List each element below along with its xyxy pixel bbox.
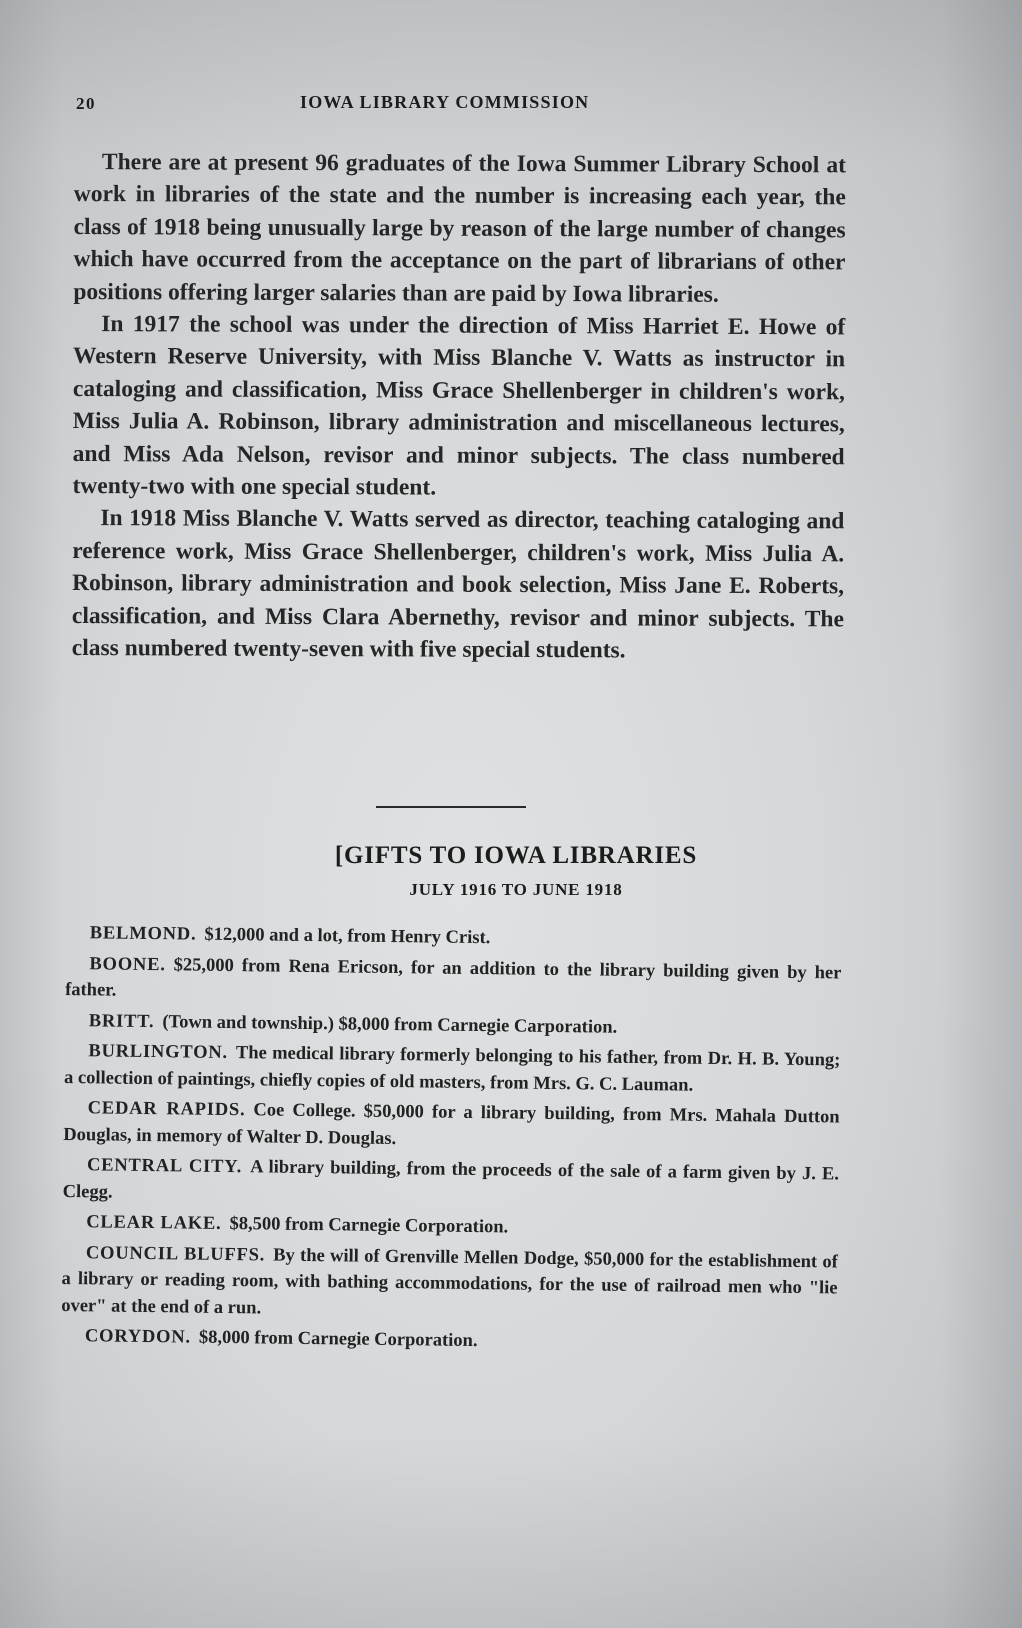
- gift-entry-central-city: CENTRAL CITY.A library building, from th…: [63, 1152, 840, 1214]
- gift-place: CLEAR LAKE.: [86, 1212, 221, 1234]
- gift-place: BELMOND.: [90, 923, 197, 944]
- gift-place: COUNCIL BLUFFS.: [86, 1243, 265, 1265]
- gift-entry-boone: BOONE.$25,000 from Rena Ericson, for an …: [65, 950, 842, 1012]
- gift-entry-cedar-rapids: CEDAR RAPIDS.Coe College. $50,000 for a …: [63, 1095, 840, 1157]
- section-subtitle: JULY 1916 TO JUNE 1918: [0, 880, 1022, 900]
- gift-entry-corydon: CORYDON.$8,000 from Carnegie Corporation…: [61, 1323, 837, 1359]
- gift-entry-britt: BRITT.(Town and township.) $8,000 from C…: [65, 1007, 841, 1043]
- book-page: 20 IOWA LIBRARY COMMISSION There are at …: [0, 0, 1022, 1628]
- paragraph-graduates: There are at present 96 graduates of the…: [73, 146, 846, 311]
- section-title: [GIFTS TO IOWA LIBRARIES: [0, 842, 1022, 870]
- paragraph-1917-school: In 1917 the school was under the directi…: [72, 308, 845, 506]
- paragraph-1918-school: In 1918 Miss Blanche V. Watts served as …: [72, 502, 845, 667]
- gift-entry-clear-lake: CLEAR LAKE.$8,500 from Carnegie Corporat…: [62, 1209, 838, 1245]
- body-text: There are at present 96 graduates of the…: [72, 146, 846, 668]
- running-header: 20 IOWA LIBRARY COMMISSION: [76, 92, 856, 120]
- gift-text: $25,000 from Rena Ericson, for an additi…: [65, 955, 842, 1001]
- page-number: 20: [76, 94, 96, 114]
- gift-place: BOONE.: [89, 954, 165, 975]
- gift-place: BRITT.: [89, 1011, 155, 1032]
- gift-place: CEDAR RAPIDS.: [88, 1098, 246, 1120]
- gift-entry-council-bluffs: COUNCIL BLUFFS.By the will of Grenville …: [61, 1239, 838, 1328]
- gift-place: CORYDON.: [85, 1326, 191, 1347]
- gift-entry-burlington: BURLINGTON.The medical library formerly …: [64, 1038, 841, 1100]
- gift-text: (Town and township.) $8,000 from Carnegi…: [162, 1012, 617, 1038]
- gift-text: $8,500 from Carnegie Corporation.: [229, 1214, 508, 1237]
- gift-text: $12,000 and a lot, from Henry Crist.: [204, 925, 490, 948]
- gifts-list: BELMOND.$12,000 and a lot, from Henry Cr…: [61, 920, 842, 1363]
- gift-entry-belmond: BELMOND.$12,000 and a lot, from Henry Cr…: [66, 920, 842, 956]
- gift-text: $8,000 from Carnegie Corporation.: [199, 1328, 478, 1351]
- section-divider-rule: [376, 806, 526, 808]
- gift-place: CENTRAL CITY.: [87, 1155, 242, 1177]
- gift-place: BURLINGTON.: [88, 1041, 228, 1063]
- running-title: IOWA LIBRARY COMMISSION: [300, 92, 589, 113]
